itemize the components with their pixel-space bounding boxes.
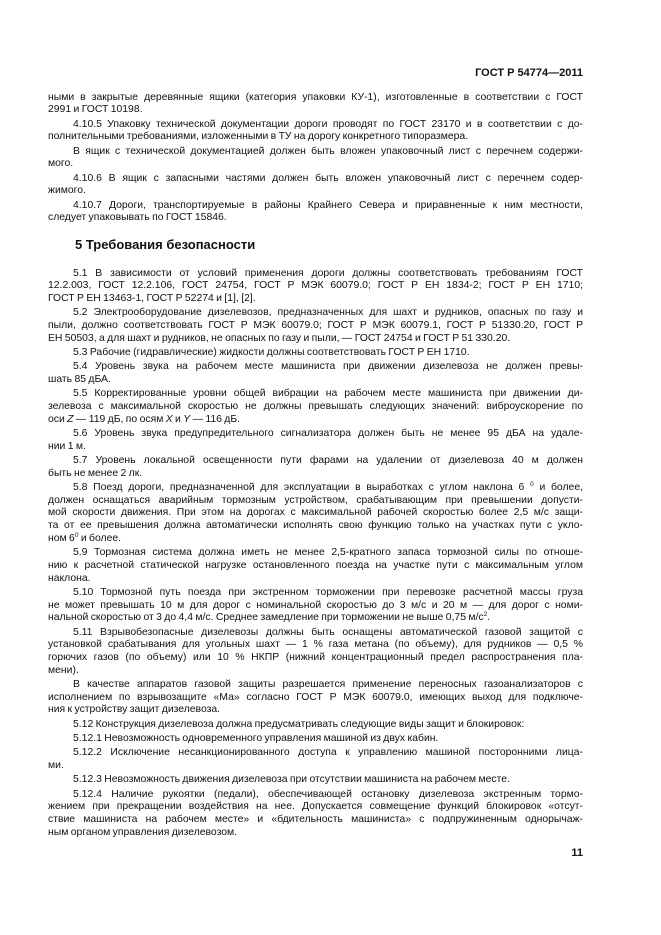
text-line: 5.5 Корректированные уровни общей вибрац…: [48, 388, 583, 401]
text-line: 5.10 Тормозной путь поезда при экстренно…: [48, 587, 583, 600]
text-line: горючих газов (по объему) или 10 % НКПР …: [48, 652, 583, 665]
text-line: установкой срабатывания для угольных шах…: [48, 639, 583, 652]
paragraph-5-12-3: 5.12.3 Невозможность движения дизелевоза…: [48, 774, 583, 787]
paragraph-5-1: 5.1 В зависимости от условий применения …: [48, 268, 583, 306]
text-line: ными в закрытые деревянные ящики (катего…: [48, 92, 583, 105]
text-line: та от ее превышения должна автоматически…: [48, 520, 583, 533]
paragraph-5-11: 5.11 Взрывобезопасные дизелевозы должны …: [48, 627, 583, 678]
paragraph-4-10-6: 4.10.6 В ящик с запасными частями должен…: [48, 173, 583, 198]
text-segment: и более.: [78, 533, 121, 544]
text-line: 5.12.3 Невозможность движения дизелевоза…: [48, 774, 583, 787]
text-line: 5.12.1 Невозможность одновременного упра…: [48, 733, 583, 746]
text-segment: .: [487, 612, 490, 623]
axis-x-label: X: [166, 414, 173, 425]
paragraph-5-6: 5.6 Уровень звука предупредительного сиг…: [48, 428, 583, 453]
text-segment: 5.8 Поезд дороги, предназначенной для эк…: [73, 482, 530, 493]
text-line: В ящик с технической документацией долже…: [48, 146, 583, 159]
text-line: жимого.: [48, 185, 583, 198]
text-line: наклона.: [48, 573, 583, 586]
text-line: мени).: [48, 665, 583, 678]
text-line: полнительными требованиями, изложенными …: [48, 131, 583, 144]
paragraph-5-12-4: 5.12.4 Наличие рукоятки (педали), обеспе…: [48, 789, 583, 840]
text-line: зелевоза с максимальной скоростью не дол…: [48, 401, 583, 414]
text-line: нии 1 м.: [48, 441, 583, 454]
text-line: не может превышать 10 м для дорог с номи…: [48, 600, 583, 613]
text-line: В качестве аппаратов газовой защиты разр…: [48, 679, 583, 692]
text-line: ГОСТ Р ЕН 13463-1, ГОСТ Р 52274 и [1], […: [48, 293, 583, 306]
paragraph-5-12-1: 5.12.1 Невозможность одновременного упра…: [48, 733, 583, 746]
text-line: ствие машиниста на рабочем месте» и «бди…: [48, 814, 583, 827]
text-line: 5.6 Уровень звука предупредительного сиг…: [48, 428, 583, 441]
text-line: 5.11 Взрывобезопасные дизелевозы должны …: [48, 627, 583, 640]
text-line: оси Z — 119 дБ, по осям X и Y — 116 дБ.: [48, 414, 583, 427]
paragraph-5-12: 5.12 Конструкция дизелевоза должна преду…: [48, 719, 583, 732]
paragraph-5-12-2: 5.12.2 Исключение несанкционированного д…: [48, 747, 583, 772]
paragraph-4-10-7: 4.10.7 Дороги, транспортируемые в районы…: [48, 200, 583, 225]
paragraph-4-10-5: 4.10.5 Упаковку технической документации…: [48, 119, 583, 144]
text-line: жением при прекращении воздействия на не…: [48, 801, 583, 814]
text-segment: — 116 дБ.: [190, 414, 240, 425]
page-body: ными в закрытые деревянные ящики (катего…: [48, 92, 583, 840]
text-line: 5.2 Электрооборудование дизелевозов, пре…: [48, 307, 583, 320]
text-line: 5.3 Рабочие (гидравлические) жидкости до…: [48, 347, 583, 360]
text-line: ным органом управления дизелевозом.: [48, 827, 583, 840]
text-line: 4.10.7 Дороги, транспортируемые в районы…: [48, 200, 583, 213]
text-line: нию к расчетной статической нагрузке ост…: [48, 560, 583, 573]
paragraph-5-3: 5.3 Рабочие (гидравлические) жидкости до…: [48, 347, 583, 360]
text-line: ми.: [48, 760, 583, 773]
text-line: ЕН 50503, а для шахт и рудников, не опас…: [48, 333, 583, 346]
text-line: 5.8 Поезд дороги, предназначенной для эк…: [48, 482, 583, 495]
text-line: нальной скоростью от 3 до 4,4 м/с. Средн…: [48, 612, 583, 625]
text-line: 5.7 Уровень локальной освещенности пути …: [48, 455, 583, 468]
text-line: 5.12.2 Исключение несанкционированного д…: [48, 747, 583, 760]
paragraph-5-9: 5.9 Тормозная система должна иметь не ме…: [48, 547, 583, 585]
text-line: 5.12.4 Наличие рукоятки (педали), обеспе…: [48, 789, 583, 802]
text-line: 2991 и ГОСТ 10198.: [48, 104, 583, 117]
paragraph-5-8: 5.8 Поезд дороги, предназначенной для эк…: [48, 482, 583, 546]
paragraph-gas-analyzers: В качестве аппаратов газовой защиты разр…: [48, 679, 583, 717]
paragraph-5-4: 5.4 Уровень звука на рабочем месте машин…: [48, 361, 583, 386]
paragraph-5-5: 5.5 Корректированные уровни общей вибрац…: [48, 388, 583, 426]
text-line: мого.: [48, 158, 583, 171]
text-segment: и: [173, 414, 184, 425]
paragraph-4-10-4-continuation: ными в закрытые деревянные ящики (катего…: [48, 92, 583, 117]
text-segment: нальной скоростью от 3 до 4,4 м/с. Средн…: [48, 612, 484, 623]
section-title: 5 Требования безопасности: [48, 237, 583, 253]
text-line: 4.10.5 Упаковку технической документации…: [48, 119, 583, 132]
text-line: 5.9 Тормозная система должна иметь не ме…: [48, 547, 583, 560]
document-id-header: ГОСТ Р 54774—2011: [48, 67, 583, 80]
text-segment: и более,: [534, 482, 583, 493]
paragraph-packing-list: В ящик с технической документацией долже…: [48, 146, 583, 171]
text-line: следует упаковывать по ГОСТ 15846.: [48, 212, 583, 225]
text-line: 5.4 Уровень звука на рабочем месте машин…: [48, 361, 583, 374]
text-segment: ном 6: [48, 533, 75, 544]
paragraph-5-10: 5.10 Тормозной путь поезда при экстренно…: [48, 587, 583, 625]
text-line: ном 60 и более.: [48, 533, 583, 546]
text-line: 12.2.003, ГОСТ 12.2.106, ГОСТ 24754, ГОС…: [48, 280, 583, 293]
text-line: 4.10.6 В ящик с запасными частями должен…: [48, 173, 583, 186]
paragraph-5-2: 5.2 Электрооборудование дизелевозов, пре…: [48, 307, 583, 345]
document-page: ГОСТ Р 54774—2011 ными в закрытые деревя…: [0, 0, 661, 935]
text-line: ния к устройству защит дизелевоза.: [48, 704, 583, 717]
text-segment: — 119 дБ, по осям: [74, 414, 166, 425]
page-number: 11: [48, 847, 583, 860]
text-line: мой скорости движения. При этом на дорог…: [48, 507, 583, 520]
paragraph-5-7: 5.7 Уровень локальной освещенности пути …: [48, 455, 583, 480]
text-line: быть не менее 2 лк.: [48, 468, 583, 481]
text-line: 5.12 Конструкция дизелевоза должна преду…: [48, 719, 583, 732]
text-line: должен оснащаться аварийным тормозным ус…: [48, 495, 583, 508]
text-segment: оси: [48, 414, 67, 425]
text-line: пыли, должно соответствовать ГОСТ Р МЭК …: [48, 320, 583, 333]
text-line: исполнением по взрывозащите «Ма» согласн…: [48, 692, 583, 705]
text-line: 5.1 В зависимости от условий применения …: [48, 268, 583, 281]
text-line: шать 85 дБА.: [48, 374, 583, 387]
